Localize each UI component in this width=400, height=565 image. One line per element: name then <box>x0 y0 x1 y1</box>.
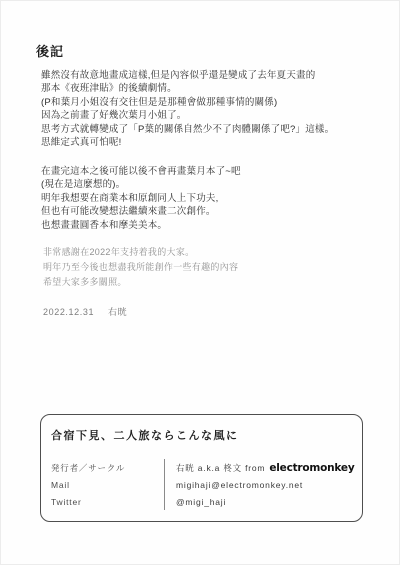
paragraph-line: 明年我想要在商業本和原創同人上下功夫, <box>41 192 241 205</box>
thanks-note: 非常感謝在2022年支持着我的大家。 明年乃至今後也想盡我所能創作一些有趣的內容… <box>43 245 238 290</box>
publisher-label: 発行者／サークル <box>51 459 164 476</box>
colophon-values-column: 右晄 a.k.a 柊文 from electromonkey migihaji@… <box>164 459 355 510</box>
thanks-line: 希望大家多多關照。 <box>43 275 238 290</box>
publisher-value: 右晄 a.k.a 柊文 from electromonkey <box>176 459 355 476</box>
paragraph-line: (P和葉月小姐沒有交往但是是那種會做那種事情的關係) <box>41 96 334 109</box>
afterword-paragraph-2: 在畫完這本之後可能以後不會再畫葉月本了~吧 (現在是這麼想的)。 明年我想要在商… <box>41 165 241 232</box>
twitter-label: Twitter <box>51 493 164 510</box>
book-title: 合宿下見、二人旅ならこんな風に <box>51 427 352 443</box>
mail-value: migihaji@electromonkey.net <box>176 476 355 493</box>
thanks-line: 非常感謝在2022年支持着我的大家。 <box>43 245 238 260</box>
paragraph-line: 雖然沒有故意地畫成這樣,但是內容似乎還是變成了去年夏天畫的 <box>41 69 334 82</box>
date-text: 2022.12.31 <box>43 307 94 317</box>
publisher-name-text: 右晄 a.k.a 柊文 from <box>176 462 265 474</box>
paragraph-line: 思考方式就轉變成了「P葉的關係自然少不了肉體關係了吧?」這樣。 <box>41 123 334 136</box>
paragraph-line: 思維定式真可怕呢! <box>41 136 334 149</box>
paragraph-line: (現在是這麼想的)。 <box>41 178 241 191</box>
page-title: 後記 <box>36 41 64 60</box>
colophon-labels-column: 発行者／サークル Mail Twitter <box>51 459 164 510</box>
twitter-value: @migi_haji <box>176 493 355 510</box>
colophon-rows: 発行者／サークル Mail Twitter 右晄 a.k.a 柊文 from e… <box>51 459 352 510</box>
afterword-paragraph-1: 雖然沒有故意地畫成這樣,但是內容似乎還是變成了去年夏天畫的 那本《夜班津貼》的後… <box>41 69 334 149</box>
paragraph-line: 但也有可能改變想法繼續來畫二次創作。 <box>41 205 241 218</box>
thanks-line: 明年乃至今後也想盡我所能創作一些有趣的內容 <box>43 260 238 275</box>
paragraph-line: 那本《夜班津貼》的後續劇情。 <box>41 82 334 95</box>
paragraph-line: 在畫完這本之後可能以後不會再畫葉月本了~吧 <box>41 165 241 178</box>
paragraph-line: 也想畫畫圓香本和摩美美本。 <box>41 219 241 232</box>
author-signature: 右晄 <box>108 307 127 317</box>
colophon-box: 合宿下見、二人旅ならこんな風に 発行者／サークル Mail Twitter 右晄… <box>40 414 363 522</box>
date-signature-line: 2022.12.31右晄 <box>43 305 127 318</box>
afterword-page: 後記 雖然沒有故意地畫成這樣,但是內容似乎還是變成了去年夏天畫的 那本《夜班津貼… <box>0 0 400 565</box>
paragraph-line: 因為之前畫了好幾次葉月小姐了。 <box>41 109 334 122</box>
circle-logo-text: electromonkey <box>269 462 354 474</box>
mail-label: Mail <box>51 476 164 493</box>
